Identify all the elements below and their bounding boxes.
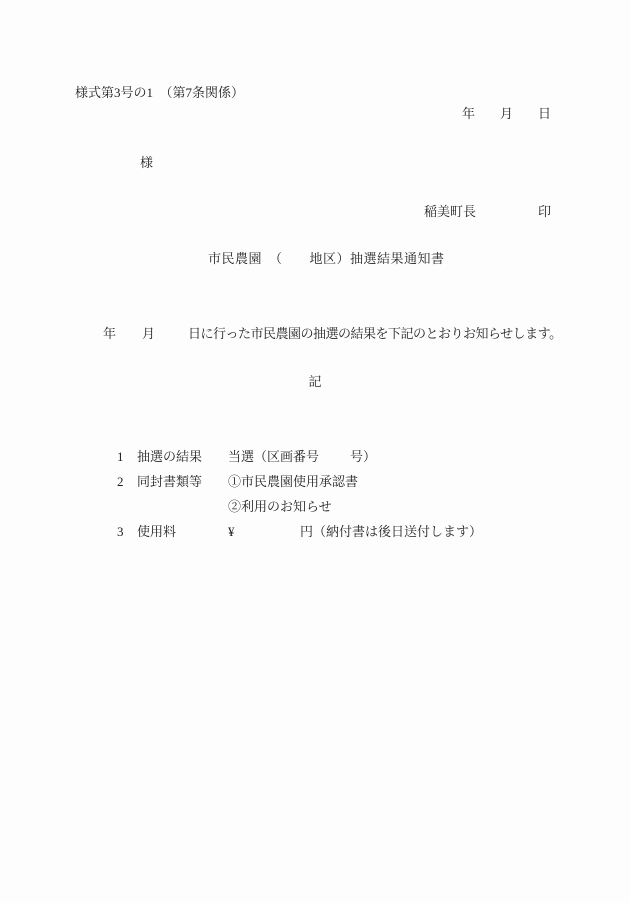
item-value: ①市民農園使用承認書: [228, 474, 358, 489]
item-value-suffix: 円（納付書は後日送付します）: [300, 524, 482, 539]
item-value-suffix: 号）: [350, 449, 376, 464]
item-number: 2: [117, 474, 124, 489]
document-title: 市民農園 （ 地区）抽選結果通知書: [208, 251, 445, 266]
body-month-label: 月: [142, 326, 155, 341]
addressee-suffix: 様: [140, 155, 153, 170]
date-day-label: 日: [538, 106, 551, 121]
item-number: 1: [117, 449, 124, 464]
seal-mark: 印: [538, 204, 551, 219]
body-sentence: 日に行った市民農園の抽選の結果を下記のとおりお知らせします。: [188, 326, 562, 341]
document-page: 様式第3号の1 （第7条関係） 年 月 日 様 稲美町長 印 市民農園 （ 地区…: [0, 0, 630, 903]
item-value: 当選（区画番号: [228, 449, 319, 464]
form-number: 様式第3号の1 （第7条関係）: [75, 85, 244, 100]
item-number: 3: [117, 524, 124, 539]
list-item-enclosed-documents: 2 同封書類等 ①市民農園使用承認書: [0, 474, 630, 490]
yen-sign: ¥: [228, 524, 235, 539]
date-year-label: 年: [462, 106, 475, 121]
list-item-usage-fee: 3 使用料 ¥ 円（納付書は後日送付します）: [0, 524, 630, 540]
body-year-label: 年: [103, 326, 116, 341]
item-label: 抽選の結果: [137, 449, 202, 464]
item-value: ②利用のお知らせ: [228, 499, 332, 514]
list-item-enclosed-documents-2: ②利用のお知らせ: [0, 499, 630, 515]
item-label: 同封書類等: [137, 474, 202, 489]
record-marker: 記: [0, 374, 630, 389]
list-item-lottery-result: 1 抽選の結果 当選（区画番号 号）: [0, 449, 630, 465]
item-label: 使用料: [137, 524, 176, 539]
date-month-label: 月: [500, 106, 513, 121]
sender-name: 稲美町長: [424, 204, 476, 219]
